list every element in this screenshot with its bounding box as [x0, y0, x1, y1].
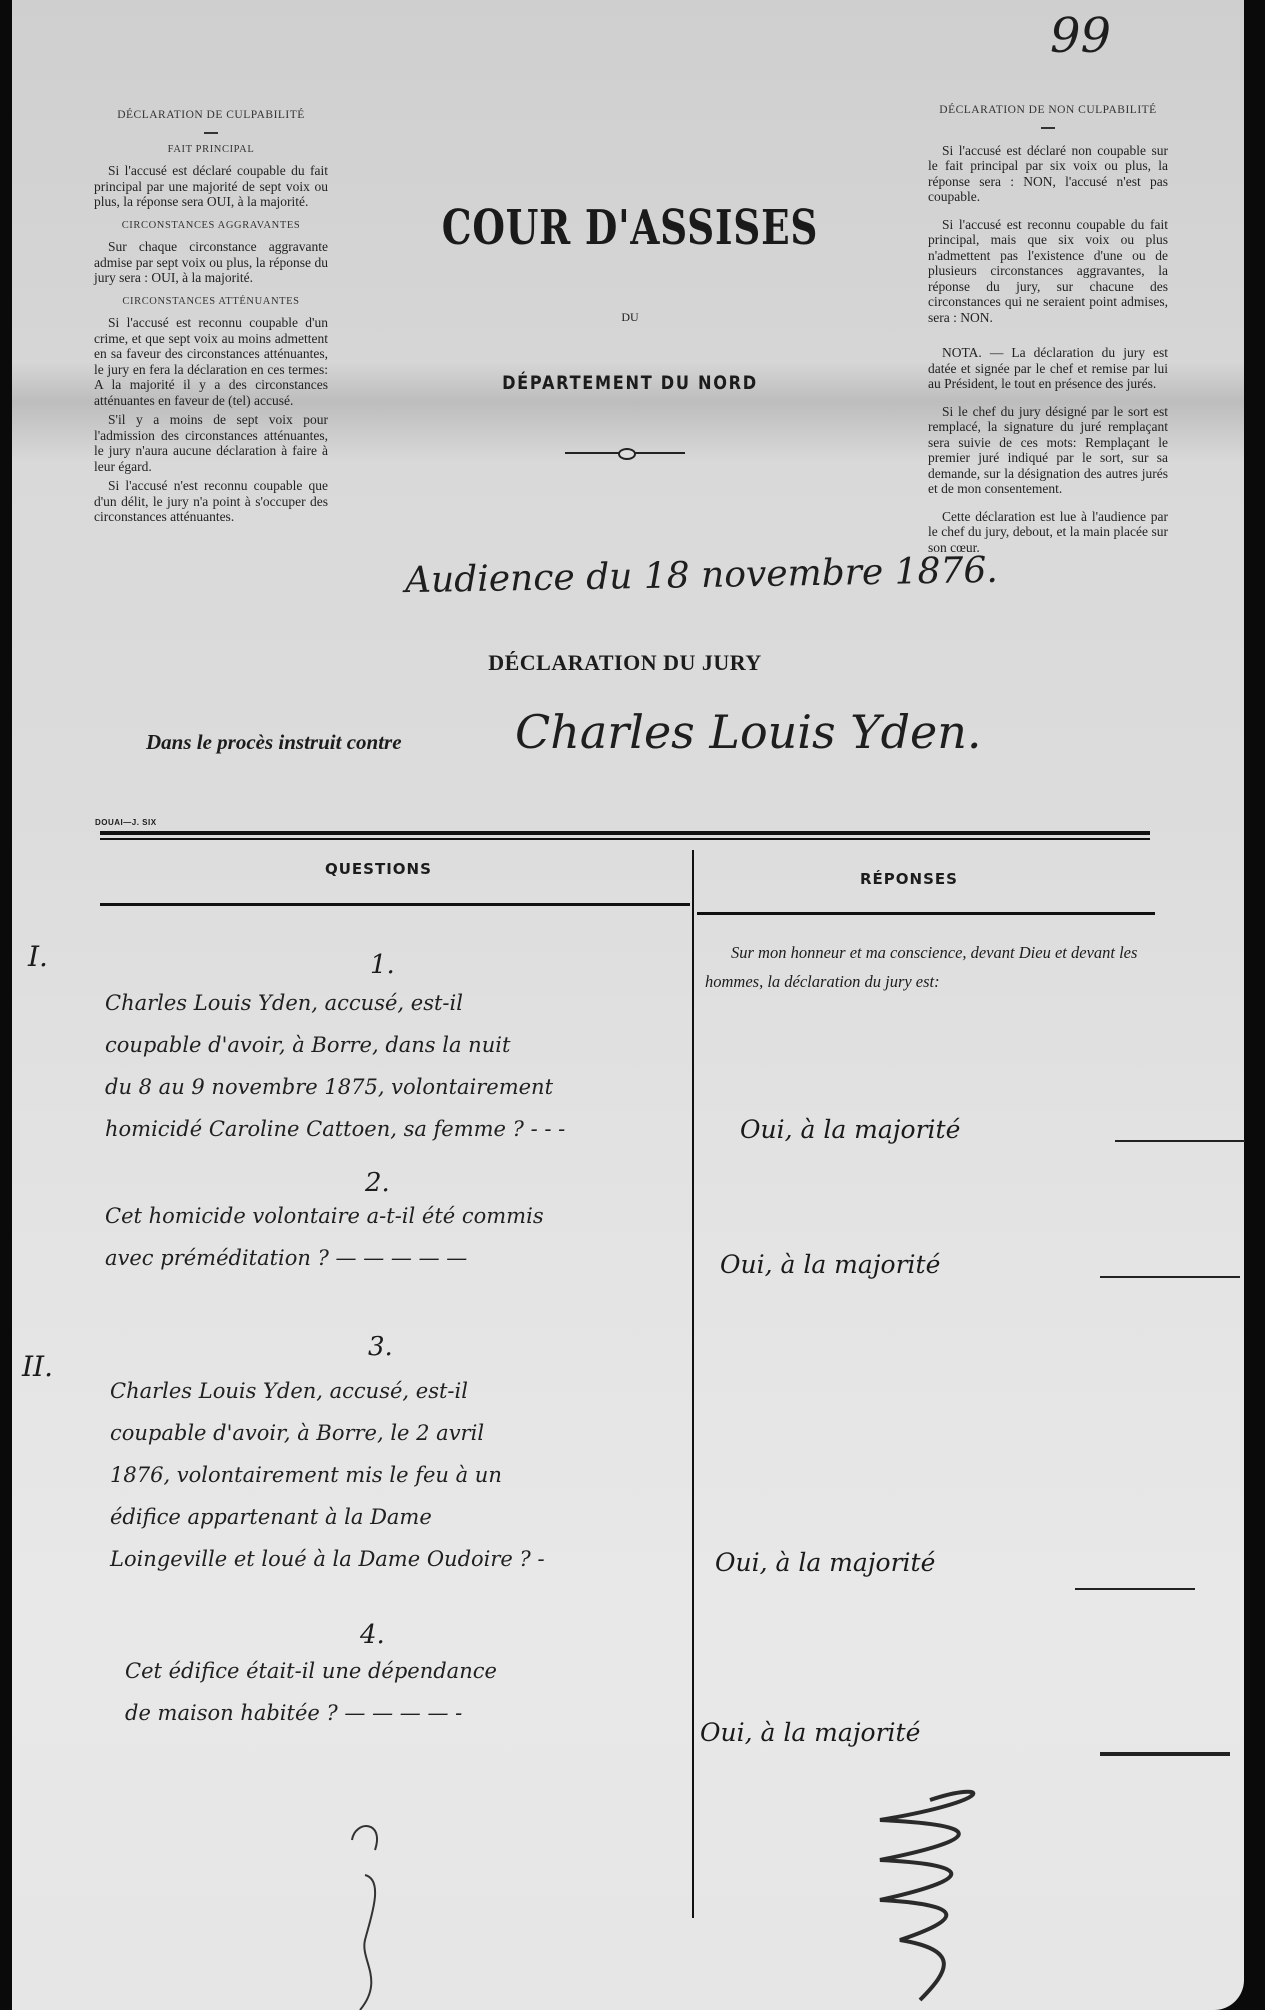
section-heading: FAIT PRINCIPAL — [94, 142, 328, 158]
closing-flourish-icon — [860, 1780, 1000, 2010]
section-heading: CIRCONSTANCES AGGRAVANTES — [94, 218, 328, 234]
question-line: de maison habitée ? — — — — - — [125, 1692, 695, 1734]
instruction-text: Si l'accusé est déclaré non coupable sur… — [928, 143, 1168, 205]
answer-text: Oui, à la majorité — [715, 1548, 935, 1577]
question-text: Charles Louis Yden, accusé, est-il coupa… — [105, 982, 685, 1150]
question-line: Loingeville et loué à la Dame Oudoire ? … — [110, 1538, 690, 1580]
question-text: Cet édifice était-il une dépendance de m… — [125, 1650, 695, 1734]
printer-imprint: DOUAI—J. SIX — [95, 818, 157, 827]
question-number: 1. — [370, 950, 395, 980]
question-line: Cet édifice était-il une dépendance — [125, 1650, 695, 1692]
not-guilty-declaration-instructions: DÉCLARATION DE NON CULPABILITÉ Si l'accu… — [928, 103, 1168, 559]
question-line: Cet homicide volontaire a-t-il été commi… — [105, 1195, 685, 1237]
guilty-declaration-instructions: DÉCLARATION DE CULPABILITÉ FAIT PRINCIPA… — [94, 108, 328, 529]
court-title-du: DU — [580, 310, 680, 325]
responses-column-header: RÉPONSES — [860, 870, 958, 888]
instruction-text: Si le chef du jury désigné par le sort e… — [928, 404, 1168, 497]
instruction-text: Sur chaque circonstance aggravante admis… — [94, 239, 328, 286]
proceedings-label: Dans le procès instruit contre — [146, 730, 402, 755]
answer-text: Oui, à la majorité — [740, 1115, 960, 1144]
instruction-text: Si l'accusé est reconnu coupable du fait… — [928, 217, 1168, 326]
table-top-rule — [100, 831, 1150, 835]
responses-header-rule — [697, 912, 1155, 915]
jury-oath: Sur mon honneur et ma conscience, devant… — [705, 938, 1145, 996]
answer-text: Oui, à la majorité — [700, 1718, 920, 1747]
divider — [1041, 127, 1055, 129]
question-number: 2. — [365, 1168, 390, 1198]
questions-column-header: QUESTIONS — [325, 860, 432, 878]
divider — [204, 132, 218, 134]
court-title: COUR D'ASSISES — [435, 200, 825, 256]
question-line: coupable d'avoir, à Borre, dans la nuit — [105, 1024, 685, 1066]
answer-line — [1100, 1276, 1240, 1278]
section-heading: CIRCONSTANCES ATTÉNUANTES — [94, 294, 328, 310]
folio-number: 99 — [1050, 8, 1111, 64]
group-number: II. — [22, 1350, 53, 1383]
question-line: Charles Louis Yden, accusé, est-il — [105, 982, 685, 1024]
not-guilty-declaration-title: DÉCLARATION DE NON CULPABILITÉ — [928, 103, 1168, 119]
guilty-declaration-title: DÉCLARATION DE CULPABILITÉ — [94, 108, 328, 124]
question-line: coupable d'avoir, à Borre, le 2 avril — [110, 1412, 690, 1454]
question-number: 3. — [368, 1332, 393, 1362]
question-number: 4. — [360, 1620, 385, 1650]
answer-line — [1115, 1140, 1245, 1142]
question-line: du 8 au 9 novembre 1875, volontairement — [105, 1066, 685, 1108]
instruction-text: Si l'accusé n'est reconnu coupable que d… — [94, 478, 328, 525]
question-line: avec préméditation ? — — — — — — [105, 1237, 685, 1279]
nota-text: NOTA. — La déclaration du jury est datée… — [928, 345, 1168, 392]
declaration-title: DÉCLARATION DU JURY — [460, 650, 790, 676]
instruction-text: Si l'accusé est reconnu coupable d'un cr… — [94, 315, 328, 408]
instruction-text: S'il y a moins de sept voix pour l'admis… — [94, 412, 328, 474]
instruction-text: Si l'accusé est déclaré coupable du fait… — [94, 163, 328, 210]
column-divider — [692, 850, 694, 1918]
closing-flourish-left-icon — [340, 1820, 400, 2010]
question-line: 1876, volontairement mis le feu à un — [110, 1454, 690, 1496]
instruction-text: Cette déclaration est lue à l'audience p… — [928, 509, 1168, 556]
accused-name: Charles Louis Yden. — [515, 705, 982, 759]
questions-header-rule — [100, 903, 690, 906]
question-text: Cet homicide volontaire a-t-il été commi… — [105, 1195, 685, 1279]
ornament-center-icon — [618, 448, 636, 460]
question-line: édifice appartenant à la Dame — [110, 1496, 690, 1538]
answer-text: Oui, à la majorité — [720, 1250, 940, 1279]
question-text: Charles Louis Yden, accusé, est-il coupa… — [110, 1370, 690, 1580]
answer-line — [1075, 1588, 1195, 1590]
question-line: Charles Louis Yden, accusé, est-il — [110, 1370, 690, 1412]
table-top-rule-thin — [100, 838, 1150, 840]
question-line: homicidé Caroline Cattoen, sa femme ? - … — [105, 1108, 685, 1150]
group-number: I. — [28, 940, 48, 973]
answer-line — [1100, 1752, 1230, 1756]
department-title: DÉPARTEMENT DU NORD — [469, 372, 792, 394]
